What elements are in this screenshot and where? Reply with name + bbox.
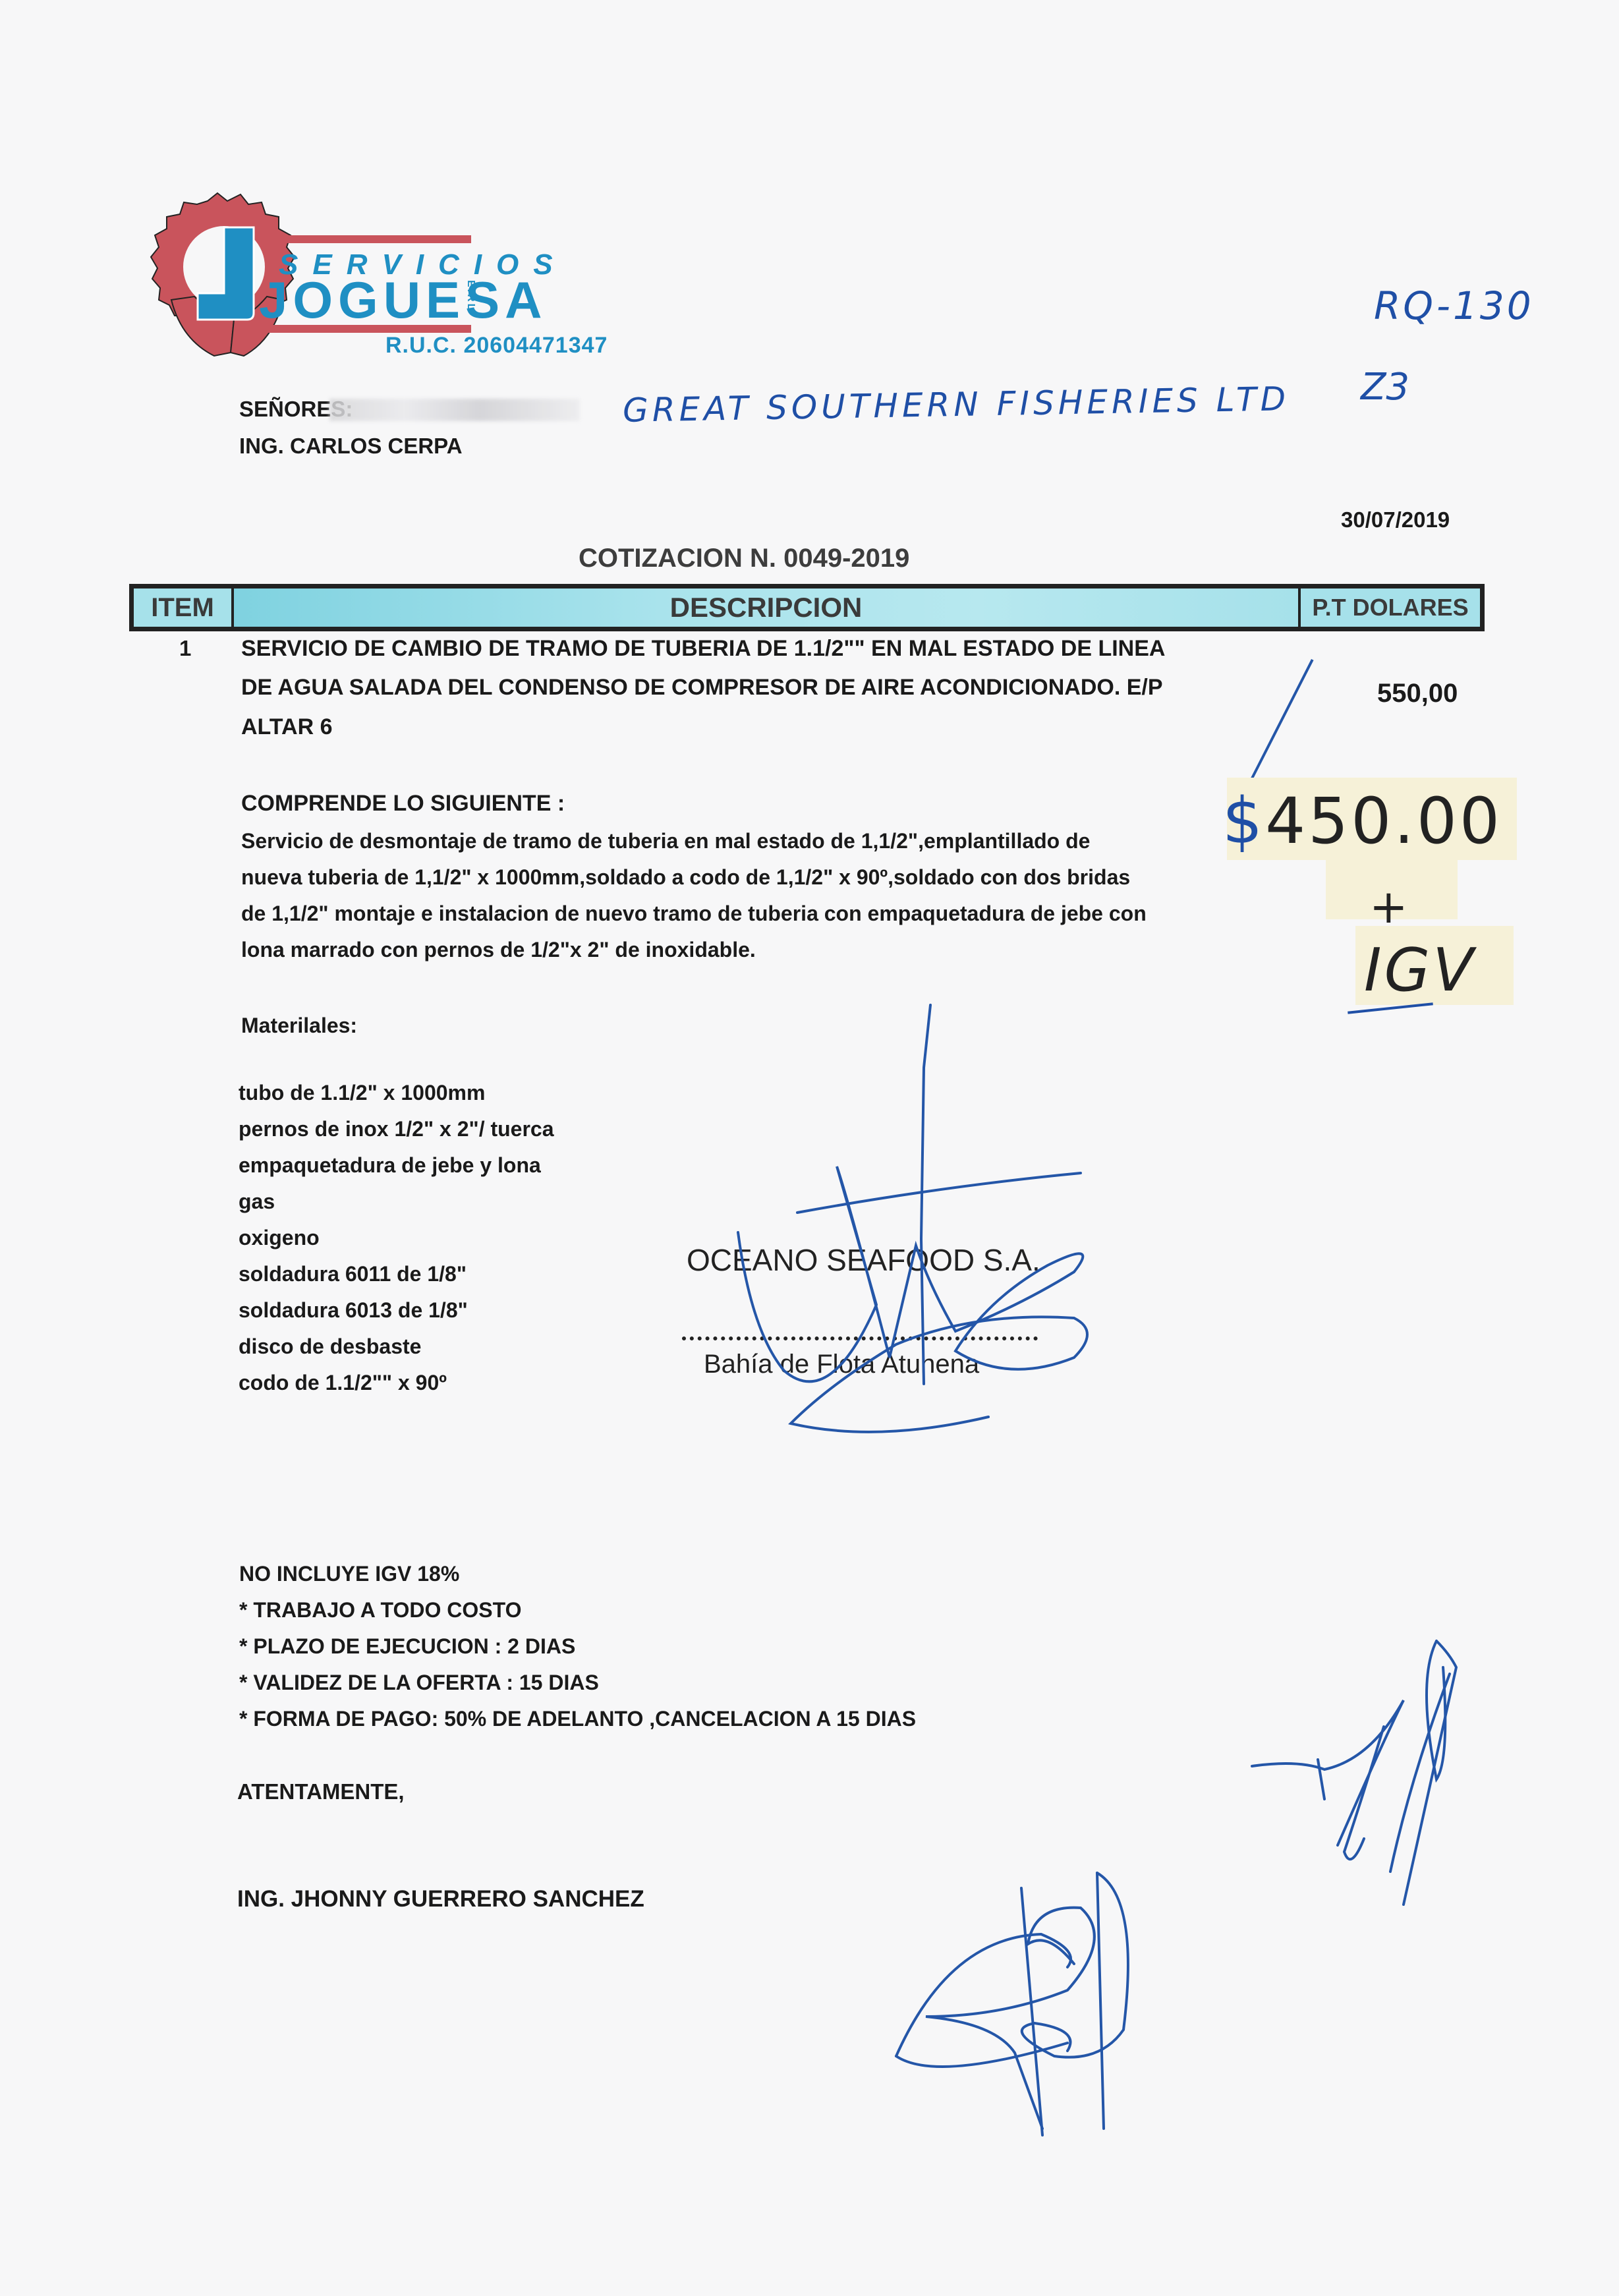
- material-item: tubo de 1.1/2" x 1000mm: [239, 1081, 485, 1105]
- row-description-line: SERVICIO DE CAMBIO DE TRAMO DE TUBERIA D…: [241, 636, 1165, 662]
- material-item: gas: [239, 1190, 275, 1214]
- terms-line: * FORMA DE PAGO: 50% DE ADELANTO ,CANCEL…: [239, 1707, 916, 1731]
- row-item-number: 1: [179, 636, 191, 661]
- signature-issuer-icon: [870, 1858, 1166, 2142]
- quote-title: COTIZACION N. 0049-2019: [579, 544, 909, 573]
- material-item: soldadura 6013 de 1/8": [239, 1298, 468, 1323]
- row-description-line: ALTAR 6: [241, 714, 333, 740]
- handwritten-client-name: GREAT SOUTHERN FISHERIES LTD: [623, 380, 1290, 430]
- materials-title: Materilales:: [241, 1014, 357, 1038]
- scope-line: de 1,1/2" montaje e instalacion de nuevo…: [241, 902, 1147, 926]
- row-description-line: DE AGUA SALADA DEL CONDENSO DE COMPRESOR…: [241, 675, 1163, 701]
- logo-joguesa-text: JOGUESA: [259, 273, 547, 326]
- scope-line: nueva tuberia de 1,1/2" x 1000mm,soldado…: [241, 865, 1130, 890]
- material-item: empaquetadura de jebe y lona: [239, 1153, 541, 1178]
- terms-line: NO INCLUYE IGV 18%: [239, 1562, 459, 1586]
- redacted-recipient: [329, 399, 580, 421]
- handwritten-igv: IGV: [1364, 936, 1476, 1005]
- column-header-description: DESCRIPCION: [234, 588, 1301, 627]
- handwritten-new-price: $450.00: [1222, 784, 1502, 858]
- material-item: disco de desbaste: [239, 1335, 421, 1359]
- scope-title: COMPRENDE LO SIGUIENTE :: [241, 791, 565, 817]
- handwritten-plus: +: [1369, 880, 1408, 934]
- price-strikethrough-mark: [1243, 659, 1314, 795]
- signature-stamp-icon: [679, 989, 1140, 1463]
- document-date: 30/07/2019: [1341, 507, 1450, 532]
- handwritten-zone: Z3: [1361, 366, 1409, 409]
- dollar-sign: $: [1222, 784, 1265, 858]
- column-header-item: ITEM: [134, 588, 234, 627]
- logo-eirl-text: EIRL: [465, 280, 476, 312]
- material-item: pernos de inox 1/2" x 2"/ tuerca: [239, 1117, 554, 1141]
- scope-line: lona marrado con pernos de 1/2"x 2" de i…: [241, 938, 756, 962]
- material-item: soldadura 6011 de 1/8": [239, 1262, 467, 1286]
- signature-client-icon: [1239, 1628, 1502, 1931]
- scope-line: Servicio de desmontaje de tramo de tuber…: [241, 829, 1090, 853]
- terms-line: * PLAZO DE EJECUCION : 2 DIAS: [239, 1634, 575, 1659]
- signer-name: ING. JHONNY GUERRERO SANCHEZ: [237, 1886, 644, 1912]
- handwritten-amount: 450.00: [1265, 784, 1502, 858]
- recipient-attention: ING. CARLOS CERPA: [239, 434, 463, 459]
- material-item: codo de 1.1/2"" x 90º: [239, 1371, 447, 1395]
- terms-line: * VALIDEZ DE LA OFERTA : 15 DIAS: [239, 1671, 599, 1695]
- closing-salutation: ATENTAMENTE,: [237, 1779, 405, 1804]
- material-item: oxigeno: [239, 1226, 320, 1250]
- table-header: ITEM DESCRIPCION P.T DOLARES: [129, 584, 1485, 631]
- column-header-price: P.T DOLARES: [1301, 588, 1480, 627]
- terms-line: * TRABAJO A TODO COSTO: [239, 1598, 521, 1622]
- row-price: 550,00: [1377, 679, 1458, 708]
- company-ruc: R.U.C. 20604471347: [385, 333, 608, 359]
- handwritten-ref-code: RQ-130: [1374, 283, 1534, 328]
